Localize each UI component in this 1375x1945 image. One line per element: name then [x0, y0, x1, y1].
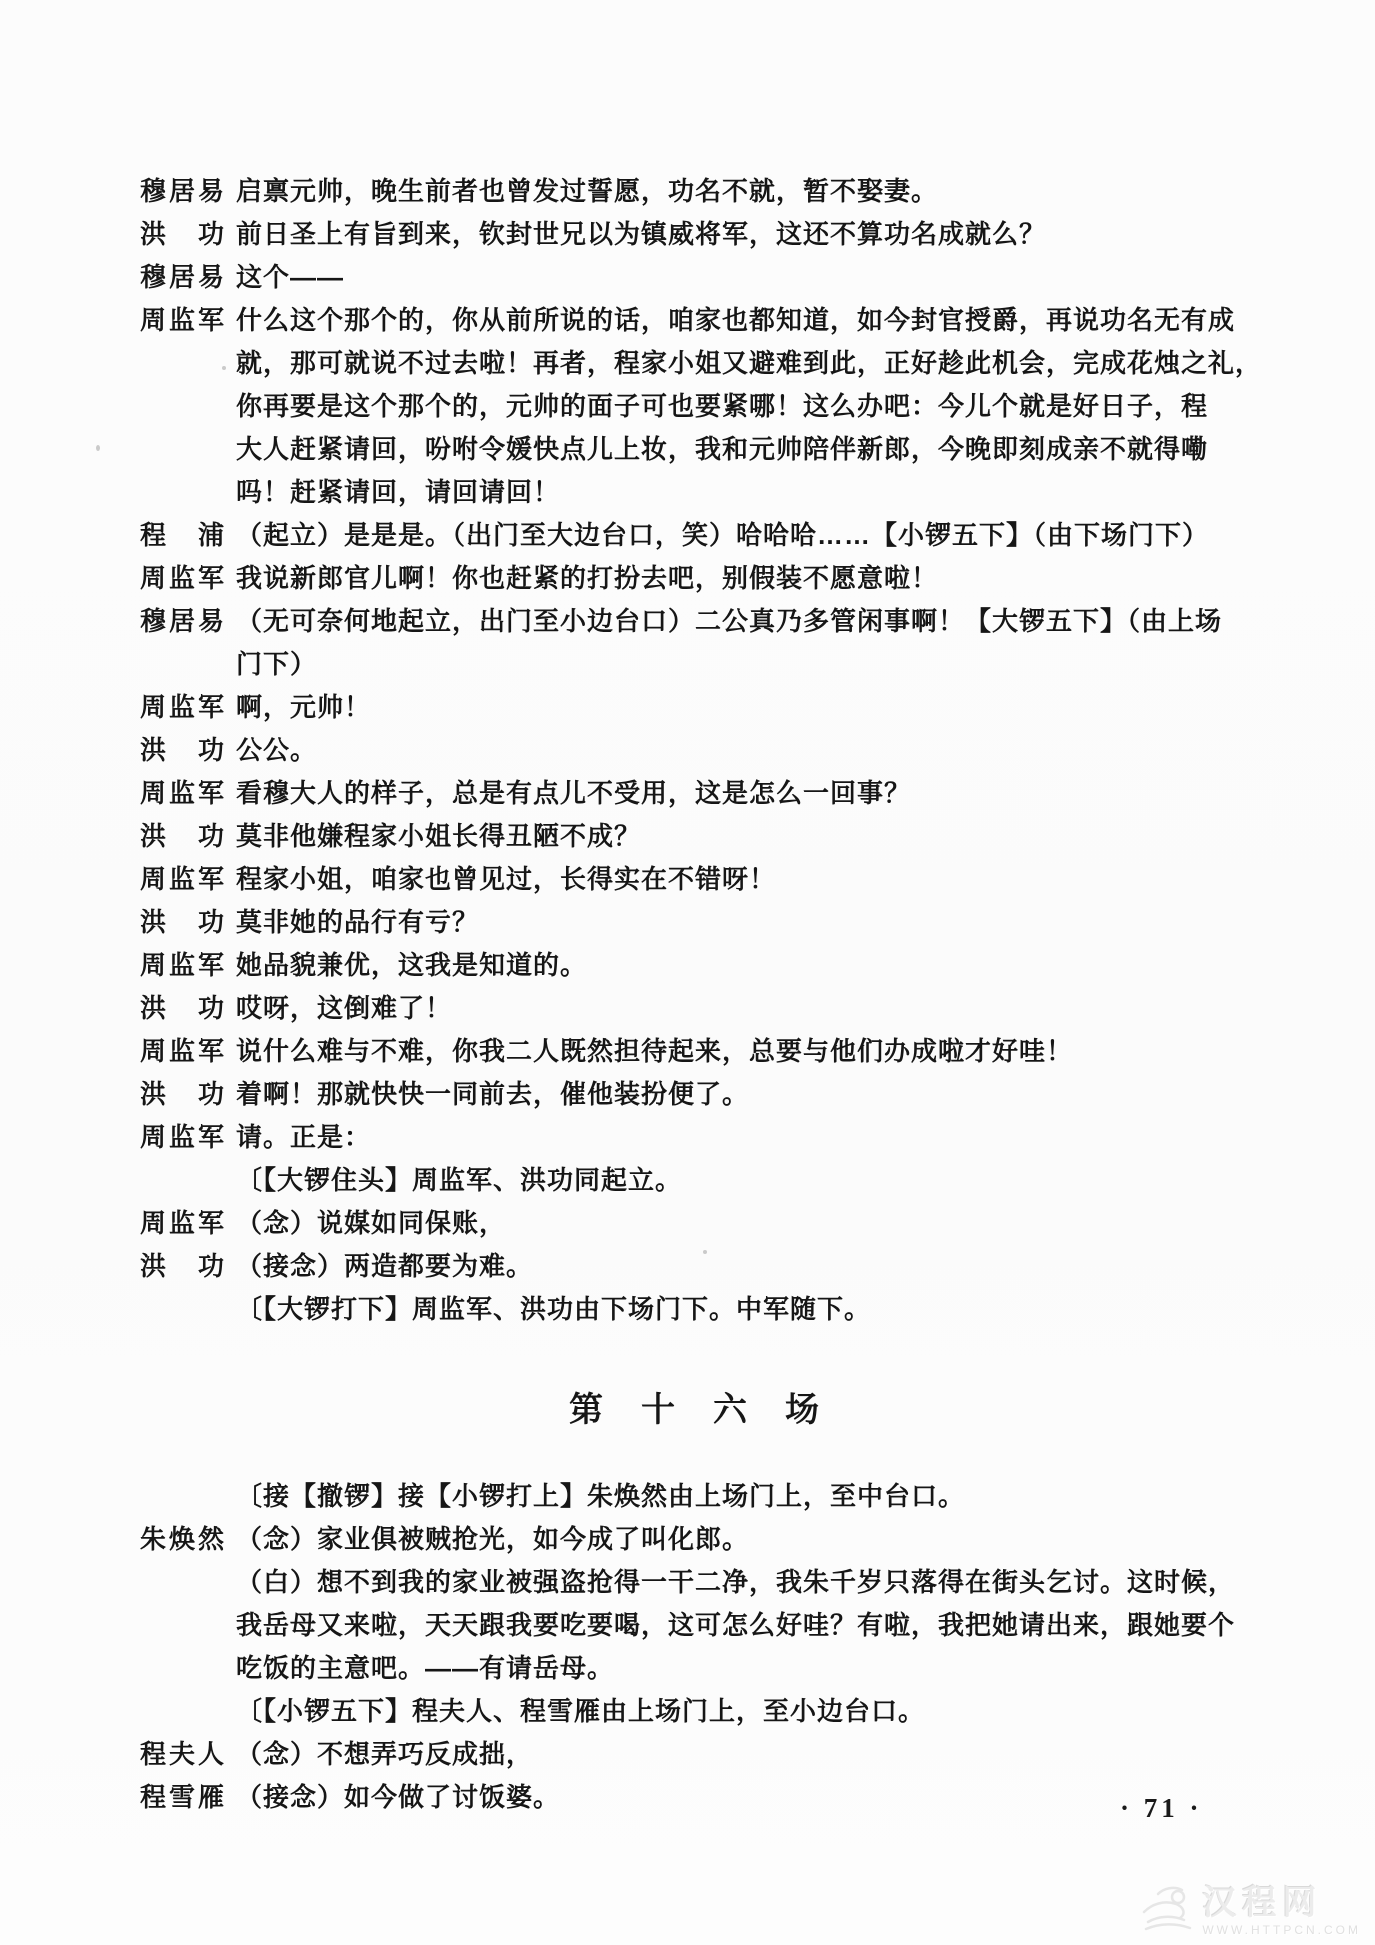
watermark: 汉程网 WWW.HTTPCN.COM: [1138, 1882, 1361, 1939]
scan-speck: [703, 1250, 707, 1254]
line-text: 说什么难与不难，你我二人既然担待起来，总要与他们办成啦才好哇！: [236, 1030, 1073, 1073]
scene-heading: 第 十 六 场: [140, 1385, 1250, 1435]
speaker-name: 穆居易: [140, 256, 236, 299]
line-text: （无可奈何地起立，出门至小边台口）二公真乃多管闲事啊！【大锣五下】（由上场: [236, 600, 1222, 643]
script-line: 洪 功莫非他嫌程家小姐长得丑陋不成？: [140, 815, 1250, 858]
script-line: 穆居易这个——: [140, 256, 1250, 299]
line-text: 〔【大锣住头】周监军、洪功同起立。: [236, 1159, 682, 1202]
script-line: 吃饭的主意吧。——有请岳母。: [140, 1647, 1250, 1690]
script-line: 洪 功着啊！那就快快一同前去，催他装扮便了。: [140, 1073, 1250, 1116]
script-body: 穆居易启禀元帅，晚生前者也曾发过誓愿，功名不就，暂不娶妻。洪 功前日圣上有旨到来…: [140, 170, 1250, 1819]
speaker-name: 周监军: [140, 557, 236, 600]
line-text: 就，那可就说不过去啦！再者，程家小姐又避难到此，正好趁此机会，完成花烛之礼，: [236, 342, 1262, 385]
speaker-name: 洪 功: [140, 1073, 236, 1116]
line-text: 启禀元帅，晚生前者也曾发过誓愿，功名不就，暂不娶妻。: [236, 170, 938, 213]
line-text: 你再要是这个那个的，元帅的面子可也要紧哪！这么办吧：今儿个就是好日子，程: [236, 385, 1208, 428]
script-line: 洪 功莫非她的品行有亏？: [140, 901, 1250, 944]
script-line: 吗！赶紧请回，请回请回！: [140, 471, 1250, 514]
speaker-name: 程 浦: [140, 514, 236, 557]
line-text: 程家小姐，咱家也曾见过，长得实在不错呀！: [236, 858, 776, 901]
line-text: （念）家业俱被贼抢光，如今成了叫化郎。: [236, 1518, 749, 1561]
script-line: 周监军什么这个那个的，你从前所说的话，咱家也都知道，如今封官授爵，再说功名无有成: [140, 299, 1250, 342]
script-line: 〔接【撤锣】接【小锣打上】朱焕然由上场门上，至中台口。: [140, 1475, 1250, 1518]
script-line: 周监军我说新郎官儿啊！你也赶紧的打扮去吧，别假装不愿意啦！: [140, 557, 1250, 600]
line-text: 大人赶紧请回，吩咐令媛快点儿上妆，我和元帅陪伴新郎，今晚即刻成亲不就得嘞: [236, 428, 1208, 471]
hancheng-logo-icon: [1138, 1882, 1196, 1939]
speaker-name: 洪 功: [140, 815, 236, 858]
line-text: 吗！赶紧请回，请回请回！: [236, 471, 560, 514]
speaker-name: 周监军: [140, 686, 236, 729]
line-text: 请。正是：: [236, 1116, 371, 1159]
line-text: 啊，元帅！: [236, 686, 371, 729]
scan-speck: [222, 366, 226, 370]
line-text: 门下）: [236, 643, 317, 686]
speaker-name: 周监军: [140, 1030, 236, 1073]
script-line: 就，那可就说不过去啦！再者，程家小姐又避难到此，正好趁此机会，完成花烛之礼，: [140, 342, 1250, 385]
line-text: 着啊！那就快快一同前去，催他装扮便了。: [236, 1073, 749, 1116]
speaker-name: 程夫人: [140, 1733, 236, 1776]
speaker-name: 周监军: [140, 299, 236, 342]
speaker-name: 周监军: [140, 1202, 236, 1245]
watermark-text: 汉程网 WWW.HTTPCN.COM: [1202, 1886, 1361, 1936]
script-line: 〔【小锣五下】程夫人、程雪雁由上场门上，至小边台口。: [140, 1690, 1250, 1733]
script-line: 门下）: [140, 643, 1250, 686]
script-line: 程 浦（起立）是是是。（出门至大边台口，笑）哈哈哈……【小锣五下】（由下场门下）: [140, 514, 1250, 557]
line-text: （起立）是是是。（出门至大边台口，笑）哈哈哈……【小锣五下】（由下场门下）: [236, 514, 1209, 557]
line-text: （白）想不到我的家业被强盗抢得一干二净，我朱千岁只落得在街头乞讨。这时候，: [236, 1561, 1235, 1604]
line-text: （接念）两造都要为难。: [236, 1245, 533, 1288]
page-number-text: · 71 ·: [1120, 1793, 1203, 1823]
script-line: 〔【大锣打下】周监军、洪功由下场门下。中军随下。: [140, 1288, 1250, 1331]
line-text: 看穆大人的样子，总是有点儿不受用，这是怎么一回事？: [236, 772, 911, 815]
script-line: 周监军她品貌兼优，这我是知道的。: [140, 944, 1250, 987]
line-text: 〔【小锣五下】程夫人、程雪雁由上场门上，至小边台口。: [236, 1690, 925, 1733]
script-line: 周监军请。正是：: [140, 1116, 1250, 1159]
line-text: 莫非他嫌程家小姐长得丑陋不成？: [236, 815, 641, 858]
speaker-name: 周监军: [140, 1116, 236, 1159]
speaker-name: 周监军: [140, 858, 236, 901]
script-line: 周监军程家小姐，咱家也曾见过，长得实在不错呀！: [140, 858, 1250, 901]
line-text: 她品貌兼优，这我是知道的。: [236, 944, 587, 987]
line-text: 这个——: [236, 256, 344, 299]
script-line: 洪 功（接念）两造都要为难。: [140, 1245, 1250, 1288]
script-line: 穆居易（无可奈何地起立，出门至小边台口）二公真乃多管闲事啊！【大锣五下】（由上场: [140, 600, 1250, 643]
watermark-url: WWW.HTTPCN.COM: [1202, 1924, 1361, 1936]
script-line: 穆居易启禀元帅，晚生前者也曾发过誓愿，功名不就，暂不娶妻。: [140, 170, 1250, 213]
speaker-name: 洪 功: [140, 213, 236, 256]
script-line: 你再要是这个那个的，元帅的面子可也要紧哪！这么办吧：今儿个就是好日子，程: [140, 385, 1250, 428]
speaker-name: 穆居易: [140, 170, 236, 213]
line-text: （念）不想弄巧反成拙，: [236, 1733, 533, 1776]
speaker-name: 朱焕然: [140, 1518, 236, 1561]
line-text: 哎呀，这倒难了！: [236, 987, 452, 1030]
speaker-name: 洪 功: [140, 729, 236, 772]
speaker-name: 周监军: [140, 772, 236, 815]
speaker-name: 穆居易: [140, 600, 236, 643]
watermark-sitename: 汉程网: [1202, 1886, 1322, 1920]
line-text: 我说新郎官儿啊！你也赶紧的打扮去吧，别假装不愿意啦！: [236, 557, 938, 600]
line-text: （念）说媒如同保账，: [236, 1202, 506, 1245]
script-line: 周监军（念）说媒如同保账，: [140, 1202, 1250, 1245]
script-line: 我岳母又来啦，天天跟我要吃要喝，这可怎么好哇？有啦，我把她请出来，跟她要个: [140, 1604, 1250, 1647]
scan-speck: [96, 445, 100, 451]
script-line: （白）想不到我的家业被强盗抢得一干二净，我朱千岁只落得在街头乞讨。这时候，: [140, 1561, 1250, 1604]
speaker-name: 洪 功: [140, 1245, 236, 1288]
line-text: （接念）如今做了讨饭婆。: [236, 1776, 560, 1819]
script-line: 朱焕然（念）家业俱被贼抢光，如今成了叫化郎。: [140, 1518, 1250, 1561]
script-line: 洪 功公公。: [140, 729, 1250, 772]
line-text: 我岳母又来啦，天天跟我要吃要喝，这可怎么好哇？有啦，我把她请出来，跟她要个: [236, 1604, 1235, 1647]
script-line: 程雪雁（接念）如今做了讨饭婆。: [140, 1776, 1250, 1819]
line-text: 公公。: [236, 729, 317, 772]
line-text: 〔接【撤锣】接【小锣打上】朱焕然由上场门上，至中台口。: [236, 1475, 965, 1518]
script-line: 周监军啊，元帅！: [140, 686, 1250, 729]
speaker-name: 程雪雁: [140, 1776, 236, 1819]
script-line: 程夫人（念）不想弄巧反成拙，: [140, 1733, 1250, 1776]
line-text: 吃饭的主意吧。——有请岳母。: [236, 1647, 614, 1690]
line-text: 莫非她的品行有亏？: [236, 901, 479, 944]
line-text: 前日圣上有旨到来，钦封世兄以为镇威将军，这还不算功名成就么？: [236, 213, 1046, 256]
speaker-name: 洪 功: [140, 901, 236, 944]
line-text: 什么这个那个的，你从前所说的话，咱家也都知道，如今封官授爵，再说功名无有成: [236, 299, 1235, 342]
script-line: 大人赶紧请回，吩咐令媛快点儿上妆，我和元帅陪伴新郎，今晚即刻成亲不就得嘞: [140, 428, 1250, 471]
script-line: 周监军看穆大人的样子，总是有点儿不受用，这是怎么一回事？: [140, 772, 1250, 815]
script-line: 洪 功前日圣上有旨到来，钦封世兄以为镇威将军，这还不算功名成就么？: [140, 213, 1250, 256]
page-number: · 71 ·: [1120, 1793, 1203, 1824]
script-line: 〔【大锣住头】周监军、洪功同起立。: [140, 1159, 1250, 1202]
speaker-name: 洪 功: [140, 987, 236, 1030]
script-line: 周监军说什么难与不难，你我二人既然担待起来，总要与他们办成啦才好哇！: [140, 1030, 1250, 1073]
script-page: 穆居易启禀元帅，晚生前者也曾发过誓愿，功名不就，暂不娶妻。洪 功前日圣上有旨到来…: [0, 0, 1375, 1945]
speaker-name: 周监军: [140, 944, 236, 987]
script-line: 洪 功哎呀，这倒难了！: [140, 987, 1250, 1030]
line-text: 〔【大锣打下】周监军、洪功由下场门下。中军随下。: [236, 1288, 871, 1331]
